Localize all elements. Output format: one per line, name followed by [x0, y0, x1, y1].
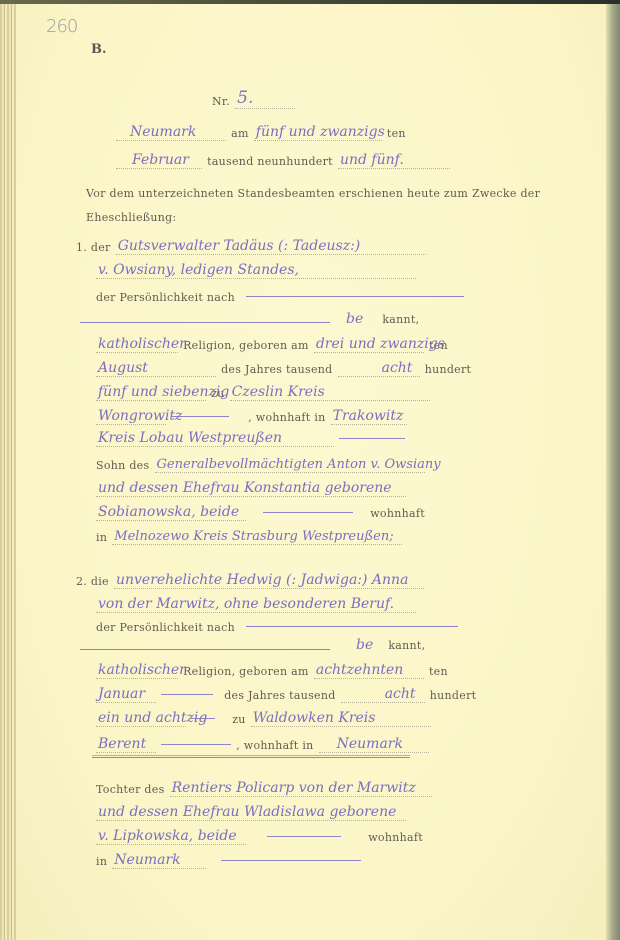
book-binding-shadow: [606, 4, 620, 940]
groom-line-2: v. Owsiany, ledigen Standes,: [96, 260, 416, 279]
bride-number: 2. die: [76, 575, 109, 588]
bride-in-label: in: [96, 855, 107, 868]
groom-hundert-label: hundert: [425, 363, 472, 376]
groom-mother-row-2: Sobianowska, beide wohnhaft: [96, 502, 425, 521]
bride-mother-line-2: v. Lipkowska, beide: [98, 828, 237, 844]
bride-known-label: kannt,: [388, 639, 425, 652]
groom-century-field: acht: [338, 360, 420, 377]
bride-parents-residence-row: in Neumark: [96, 850, 361, 869]
bride-occupation-field: von der Marwitz, ohne besonderen Beruf.: [96, 596, 416, 613]
bride-birthyear-field: ein und achtzig: [96, 710, 186, 727]
bride-filler-dash-3: [161, 744, 231, 745]
groom-mother-row-1: und dessen Ehefrau Konstantia geborene: [96, 478, 406, 497]
groom-birth-month: August: [98, 360, 148, 376]
year-field: und fünf.: [338, 152, 450, 169]
groom-line-1: 1. der Gutsverwalter Tadäus (: Tadeusz:): [76, 236, 426, 255]
groom-filler-dash-3: [263, 512, 353, 513]
groom-residence-1: Trakowitz: [333, 408, 404, 424]
groom-residence-row-2: Kreis Lobau Westpreußen: [96, 428, 405, 447]
bride-birthday-field: achtzehnten: [314, 662, 424, 679]
bride-status-field: unverehelichte Hedwig (: Jadwiga:) Anna: [114, 572, 424, 589]
intro-line-1: Vor dem unterzeichneten Standesbeamten e…: [86, 187, 540, 200]
register-page: 260 B. Nr. 5. Neumark am fünf und zwanzi…: [16, 4, 606, 940]
bride-year-label: des Jahres tausend: [224, 689, 335, 702]
bride-filler-dash-4: [267, 836, 341, 837]
bride-mother-line-1: und dessen Ehefrau Wladislawa geborene: [98, 804, 396, 820]
groom-birthplace-row: fünf und siebenzig zu Czeslin Kreis: [96, 382, 430, 401]
bride-birthplace-row: ein und achtzig zu Waldowken Kreis: [96, 708, 431, 727]
groom-name-line-1: Gutsverwalter Tadäus (: Tadeusz:): [118, 238, 361, 254]
groom-birth-day: drei und zwanzigs: [316, 336, 445, 352]
bride-religion: katholischer: [98, 662, 186, 678]
groom-birthyear-row: August des Jahres tausend acht hundert: [96, 358, 471, 377]
bride-parents-residence-label: wohnhaft: [368, 831, 423, 844]
groom-status-field: v. Owsiany, ledigen Standes,: [96, 262, 416, 279]
groom-birthyear-field: fünf und siebenzig: [96, 384, 206, 401]
bride-century-field: acht: [341, 686, 425, 703]
bride-father-row: Tochter des Rentiers Policarp von der Ma…: [96, 778, 432, 797]
bride-father-field: Rentiers Policarp von der Marwitz: [170, 780, 432, 797]
groom-birthplace-field: Czeslin Kreis: [230, 384, 430, 401]
bride-residence-row: Berent , wohnhaft in Neumark: [96, 734, 429, 753]
day-field: fünf und zwanzigs: [254, 124, 382, 141]
bride-name-line-1: unverehelichte Hedwig (: Jadwiga:) Anna: [116, 572, 408, 588]
place: Neumark: [130, 124, 196, 140]
place-field: Neumark: [116, 124, 226, 141]
bride-mother-field-2: v. Lipkowska, beide: [96, 828, 246, 845]
groom-birthday-field: drei und zwanzigs: [314, 336, 424, 353]
groom-religion-row: katholischer Religion, geboren am drei u…: [96, 334, 448, 353]
date-line-1: Neumark am fünf und zwanzigs ten: [116, 122, 406, 141]
bride-mother-row-1: und dessen Ehefrau Wladislawa geborene: [96, 802, 406, 821]
am-label: am: [231, 127, 249, 140]
entry-number: 5.: [237, 88, 253, 108]
bride-birthplace-field: Waldowken Kreis: [251, 710, 431, 727]
groom-religion-field: katholischer: [96, 336, 178, 353]
bride-mother-field-1: und dessen Ehefrau Wladislawa geborene: [96, 804, 406, 821]
bride-residence-field: Neumark: [319, 736, 429, 753]
bride-residence-rule: [92, 755, 410, 756]
groom-known-row: be kannt,: [346, 308, 419, 327]
groom-birth-century: acht: [382, 360, 413, 376]
entry-label: Nr.: [212, 95, 230, 108]
bride-mother-row-2: v. Lipkowska, beide wohnhaft: [96, 826, 423, 845]
groom-filler-dash-2: [339, 438, 405, 439]
year-printed: tausend neunhundert: [207, 155, 333, 168]
bride-birth-place-2: Berent: [98, 736, 146, 752]
bride-birthplace2-field: Berent: [96, 736, 156, 753]
year-text: und fünf.: [340, 152, 404, 168]
bride-birth-day: achtzehnten: [316, 662, 403, 678]
bride-birth-century: acht: [385, 686, 416, 702]
date-line-2: Februar tausend neunhundert und fünf.: [116, 150, 450, 169]
groom-in-label: in: [96, 531, 107, 544]
bride-known-row: be kannt,: [356, 634, 425, 653]
groom-residence-2: Kreis Lobau Westpreußen: [98, 430, 282, 446]
bride-line-1: 2. die unverehelichte Hedwig (: Jadwiga:…: [76, 570, 424, 589]
bride-filler-dash: [161, 694, 213, 695]
son-of-label: Sohn des: [96, 459, 149, 472]
intro-line-2: Eheschließung:: [86, 211, 177, 224]
groom-birthplace2-field: Wongrowitz: [96, 408, 166, 425]
groom-identity-strike-2: [80, 322, 330, 323]
groom-father: Generalbevollmächtigten Anton v. Owsiany: [157, 457, 441, 472]
groom-parents-residence-label: wohnhaft: [370, 507, 425, 520]
groom-number: 1. der: [76, 241, 111, 254]
bride-parents-residence-field: Neumark: [112, 852, 206, 869]
bride-identity-row: der Persönlichkeit nach: [96, 616, 458, 635]
groom-identity-strike: [246, 296, 464, 297]
bride-hundert-label: hundert: [430, 689, 477, 702]
groom-known-label: kannt,: [382, 313, 419, 326]
series-letter: B.: [91, 42, 107, 57]
bride-religion-field: katholischer: [96, 662, 178, 679]
groom-name-line-2: v. Owsiany, ledigen Standes,: [98, 262, 299, 278]
bride-identity-label: der Persönlichkeit nach: [96, 621, 235, 634]
groom-birth-place-2: Wongrowitz: [98, 408, 182, 424]
bride-religion-label: Religion, geboren am: [183, 665, 309, 678]
groom-parents-residence: Melnozewo Kreis Strasburg Westpreußen;: [114, 529, 393, 544]
groom-occupation-field: Gutsverwalter Tadäus (: Tadeusz:): [116, 238, 426, 255]
groom-birth-place-1: Czeslin Kreis: [232, 384, 325, 400]
bride-birthmonth-field: Januar: [96, 686, 156, 703]
groom-parents-residence-row: in Melnozewo Kreis Strasburg Westpreußen…: [96, 526, 402, 545]
groom-father-row: Sohn des Generalbevollmächtigten Anton v…: [96, 454, 425, 473]
month: Februar: [132, 152, 189, 168]
bride-birthyear-row: Januar des Jahres tausend acht hundert: [96, 684, 476, 703]
groom-identity-row: der Persönlichkeit nach: [96, 286, 464, 305]
groom-religion-label: Religion, geboren am: [183, 339, 309, 352]
bride-identity-strike: [246, 626, 458, 627]
groom-year-label: des Jahres tausend: [221, 363, 332, 376]
groom-father-field: Generalbevollmächtigten Anton v. Owsiany: [155, 456, 425, 473]
page-stack-edges: [0, 4, 16, 940]
day-text: fünf und zwanzigs: [256, 124, 385, 140]
bride-line-2: von der Marwitz, ohne besonderen Beruf.: [96, 594, 416, 613]
month-field: Februar: [116, 152, 202, 169]
bride-name-line-2: von der Marwitz, ohne besonderen Beruf.: [98, 596, 394, 612]
bride-residence-1: Neumark: [337, 736, 403, 752]
groom-birth-year-rest: fünf und siebenzig: [98, 384, 229, 400]
bride-residence-strike: [92, 757, 410, 758]
groom-residence-field: Trakowitz: [331, 408, 407, 425]
bride-zu-label: zu: [232, 713, 245, 726]
bride-religion-row: katholischer Religion, geboren am achtze…: [96, 660, 448, 679]
bride-ten-label: ten: [429, 665, 448, 678]
bride-filler-dash-5: [221, 860, 361, 861]
bride-birth-month: Januar: [98, 686, 145, 702]
daughter-of-label: Tochter des: [96, 783, 165, 796]
bride-parents-residence: Neumark: [114, 852, 180, 868]
groom-mother-field-1: und dessen Ehefrau Konstantia geborene: [96, 480, 406, 497]
bride-known-hand: be: [356, 637, 373, 653]
groom-mother-field-2: Sobianowska, beide: [96, 504, 246, 521]
groom-residence-row: Wongrowitz , wohnhaft in Trakowitz: [96, 406, 407, 425]
bride-father: Rentiers Policarp von der Marwitz: [172, 780, 416, 796]
groom-mother-line-2: Sobianowska, beide: [98, 504, 239, 520]
folio-number: 260: [46, 16, 77, 37]
groom-parents-residence-field: Melnozewo Kreis Strasburg Westpreußen;: [112, 528, 402, 545]
entry-number-field: 5.: [235, 92, 295, 109]
groom-residence2-field: Kreis Lobau Westpreußen: [96, 430, 334, 447]
bride-birth-year-rest: ein und achtzig: [98, 710, 207, 726]
groom-religion: katholischer: [98, 336, 186, 352]
bride-birth-place-1: Waldowken Kreis: [253, 710, 376, 726]
bride-residence-label: , wohnhaft in: [236, 739, 313, 752]
groom-identity-label: der Persönlichkeit nach: [96, 291, 235, 304]
groom-birthmonth-field: August: [96, 360, 216, 377]
groom-known-hand: be: [346, 311, 363, 327]
groom-mother-line-1: und dessen Ehefrau Konstantia geborene: [98, 480, 392, 496]
entry-number-row: Nr. 5.: [212, 90, 295, 109]
bride-identity-strike-2: [80, 649, 330, 650]
ten-label: ten: [387, 127, 406, 140]
groom-residence-label: , wohnhaft in: [248, 411, 325, 424]
